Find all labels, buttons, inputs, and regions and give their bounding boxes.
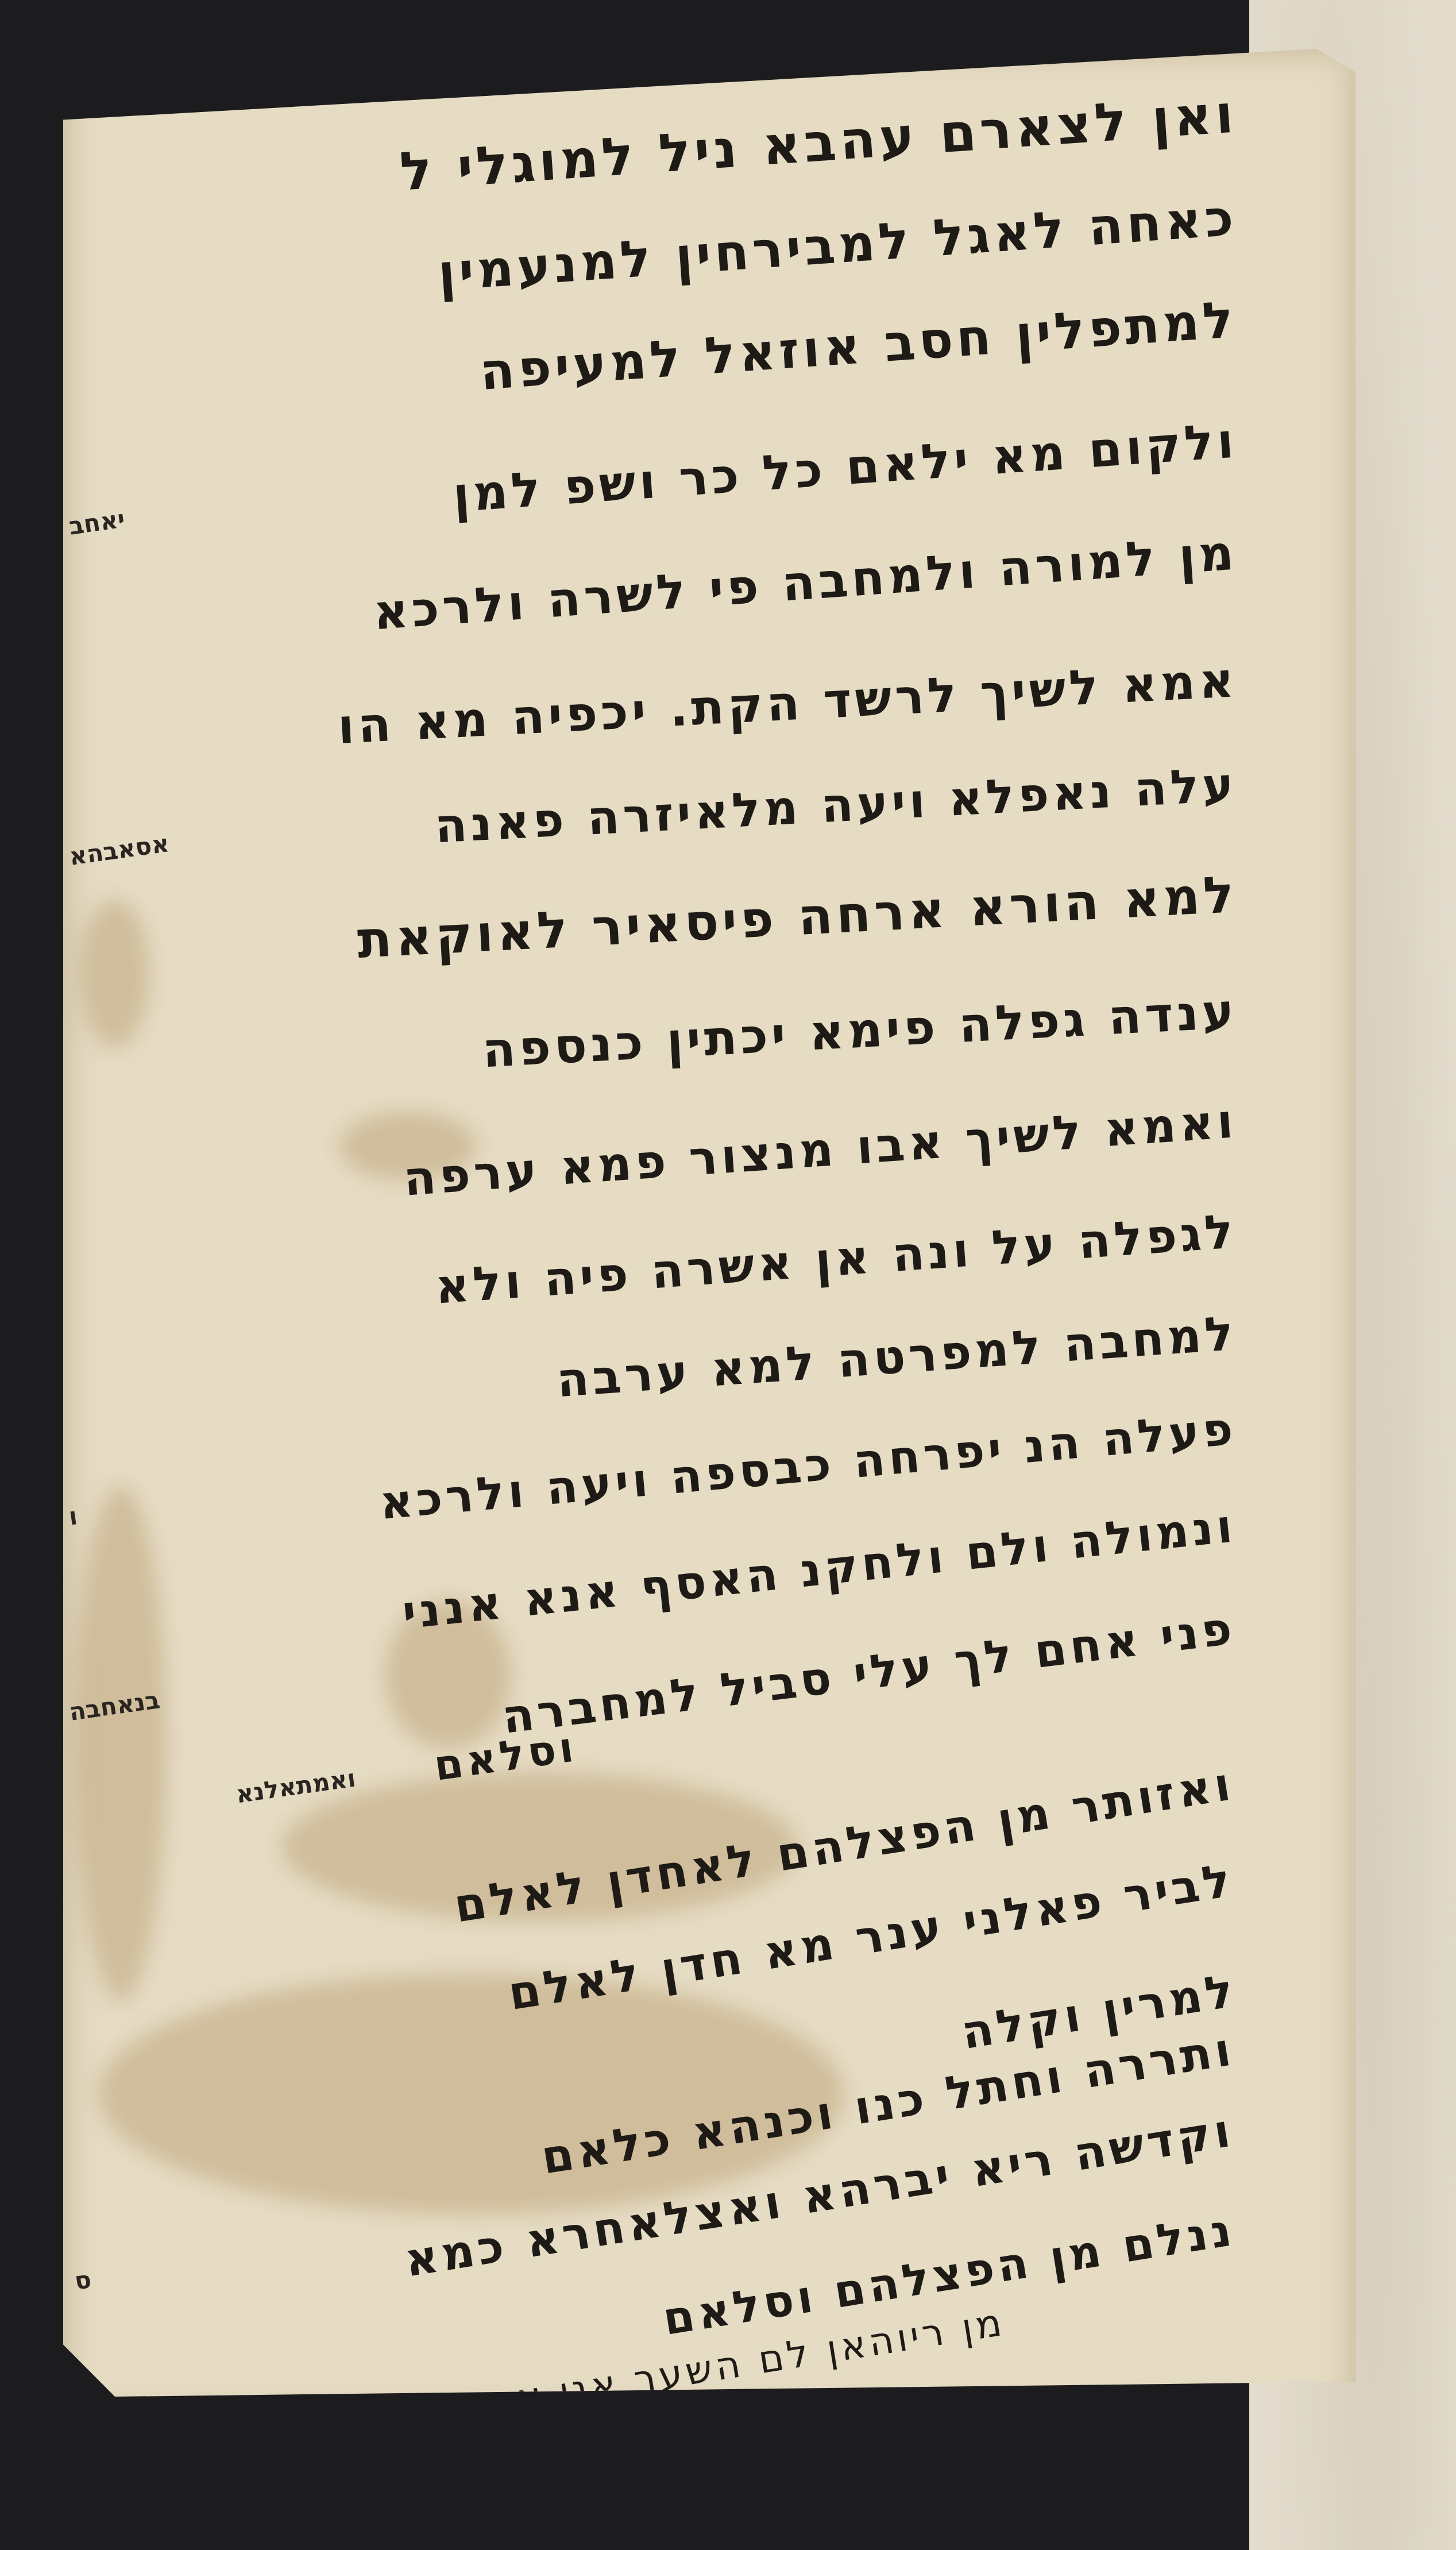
stain — [75, 1485, 167, 2002]
text-line-4: ולקום מא ילאם כל כר ושפ למן — [451, 412, 1239, 523]
margin-note: ו — [67, 1502, 79, 1531]
text-line-12: למחבה למפרטה למא ערבה — [555, 1306, 1239, 1409]
text-line-11: לגפלה על ונה אן אשרה פיה ולא — [434, 1204, 1239, 1314]
text-line-15: פני אחם לך עלי סביל למחברה — [499, 1601, 1238, 1744]
stain — [98, 1973, 844, 2215]
margin-note: ס — [73, 2265, 93, 2295]
text-line-9: ענדה גפלה פימא יכתין כנספה — [481, 983, 1239, 1079]
text-line-3: למתפלין חסב אוזאל למעיפה — [478, 290, 1239, 402]
text-line-1: ואן לצארם עהבא ניל למוגלי ל — [398, 83, 1239, 203]
text-line-8: למא הורא ארחה פיסאיר לאוקאת — [356, 865, 1239, 970]
stain — [80, 899, 149, 1048]
text-line-13: פעלה הנ יפרחה כבספה ויעה ולרכא — [377, 1402, 1238, 1530]
text-line-10: ואמא לשיך אבו מנצור פמא ערפה — [402, 1094, 1239, 1206]
margin-note: יאחב — [67, 504, 126, 540]
text-line-7: עלה נאפלא ויעה מלאיזרה פאנה — [434, 757, 1239, 854]
text-line-6: אמא לשיך לרשד הקת. יכפיה מא הו — [336, 651, 1238, 755]
text-line-2: כאחה לאגל למבירחין למנעמין — [436, 188, 1239, 303]
manuscript-leaf: ואן לצארם עהבא ניל למוגלי ל כאחה לאגל למ… — [63, 49, 1355, 2416]
text-line-5: מן למורה ולמחבה פי לשרה ולרכא — [371, 524, 1239, 641]
margin-note: אסאבהא — [67, 829, 171, 871]
